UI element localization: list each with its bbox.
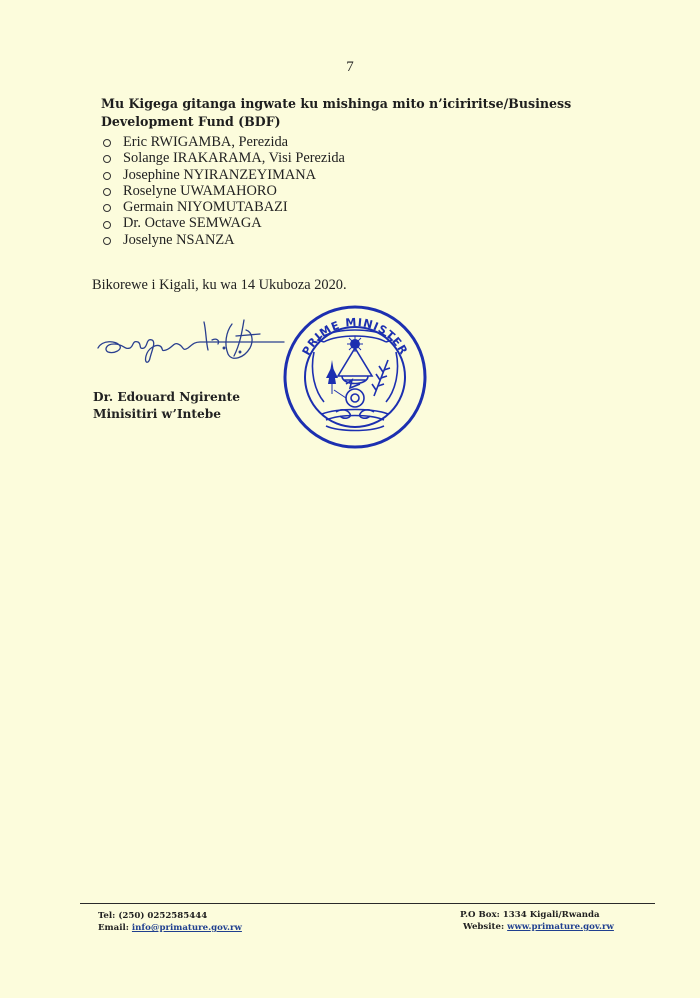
footer-divider <box>80 903 655 904</box>
bullet-icon <box>103 155 111 163</box>
signatory-block: Dr. Edouard Ngirente Minisitiri w’Intebe <box>93 389 240 423</box>
tel-value: (250) 0252585444 <box>118 911 207 921</box>
member-name: Roselyne UWAMAHORO <box>123 183 277 199</box>
signatory-name: Dr. Edouard Ngirente <box>93 389 240 406</box>
member-name: Dr. Octave SEMWAGA <box>123 215 262 231</box>
list-item: Solange IRAKARAMA, Visi Perezida <box>100 150 345 166</box>
bullet-icon <box>103 139 111 147</box>
website-label: Website: <box>463 922 504 932</box>
bullet-icon <box>103 221 111 229</box>
po-box: P.O Box: 1334 Kigali/Rwanda <box>460 909 614 921</box>
member-list: Eric RWIGAMBA, Perezida Solange IRAKARAM… <box>100 134 345 248</box>
section-heading: Mu Kigega gitanga ingwate ku mishinga mi… <box>101 95 621 131</box>
page-number: 7 <box>0 59 700 76</box>
signature-image <box>94 318 294 368</box>
website-link[interactable]: www.primature.gov.rw <box>507 922 614 932</box>
member-name: Josephine NYIRANZEYIMANA <box>123 167 316 183</box>
bullet-icon <box>103 172 111 180</box>
footer-contact-left: Tel: (250) 0252585444 Email: info@primat… <box>98 910 242 934</box>
list-item: Joselyne NSANZA <box>100 232 345 248</box>
signatory-title: Minisitiri w’Intebe <box>93 406 240 423</box>
prime-minister-seal: PRIME MINISTER <box>282 304 428 450</box>
member-name: Eric RWIGAMBA, Perezida <box>123 134 288 150</box>
member-name: Solange IRAKARAMA, Visi Perezida <box>123 150 345 166</box>
footer-contact-right: P.O Box: 1334 Kigali/Rwanda Website: www… <box>460 909 614 933</box>
bullet-icon <box>103 237 111 245</box>
list-item: Dr. Octave SEMWAGA <box>100 215 345 231</box>
tel-label: Tel: <box>98 911 115 921</box>
place-and-date: Bikorewe i Kigali, ku wa 14 Ukuboza 2020… <box>92 277 347 294</box>
member-name: Germain NIYOMUTABAZI <box>123 199 288 215</box>
bullet-icon <box>103 204 111 212</box>
member-name: Joselyne NSANZA <box>123 232 235 248</box>
list-item: Roselyne UWAMAHORO <box>100 183 345 199</box>
list-item: Germain NIYOMUTABAZI <box>100 199 345 215</box>
list-item: Eric RWIGAMBA, Perezida <box>100 134 345 150</box>
list-item: Josephine NYIRANZEYIMANA <box>100 167 345 183</box>
email-link[interactable]: info@primature.gov.rw <box>132 923 242 933</box>
bullet-icon <box>103 188 111 196</box>
email-label: Email: <box>98 923 129 933</box>
